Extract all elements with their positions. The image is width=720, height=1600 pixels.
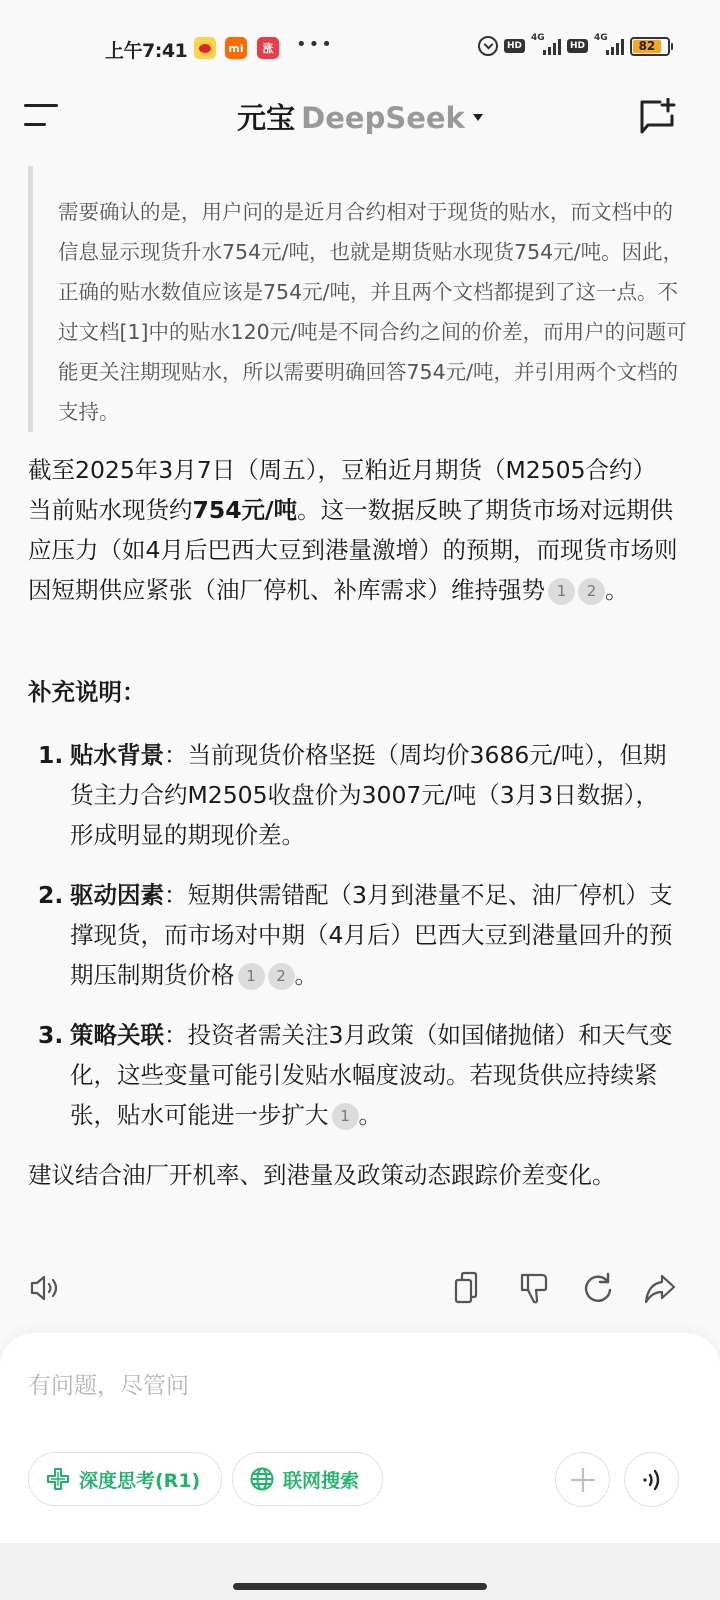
- globe-icon: [249, 1466, 275, 1492]
- citation-2[interactable]: 2: [578, 578, 605, 605]
- attach-button[interactable]: [555, 1452, 610, 1507]
- voice-wave-icon: [638, 1466, 666, 1494]
- hd-icon-2: HD: [567, 39, 588, 53]
- new-chat-icon[interactable]: [638, 98, 678, 134]
- more-notifications-icon: •••: [296, 34, 334, 55]
- copy-icon[interactable]: [452, 1270, 488, 1306]
- message-input[interactable]: [28, 1369, 628, 1403]
- supplement-heading: 补充说明：: [28, 672, 678, 712]
- model-selector[interactable]: 元宝DeepSeek: [0, 96, 720, 137]
- thumbs-down-icon[interactable]: [516, 1270, 552, 1306]
- speaker-icon[interactable]: [28, 1270, 64, 1306]
- weibo-icon: [194, 37, 216, 59]
- deep-think-label: 深度思考(R1): [79, 1466, 200, 1493]
- plus-icon: [569, 1466, 597, 1494]
- share-icon[interactable]: [642, 1270, 678, 1306]
- citation-2[interactable]: 2: [268, 963, 295, 990]
- caret-down-icon: [473, 114, 483, 121]
- thinking-block: 需要确认的是，用户问的是近月合约相对于现货的贴水，而文档中的信息显示现货升水75…: [28, 166, 688, 432]
- home-indicator[interactable]: [233, 1583, 487, 1590]
- model-name: DeepSeek: [301, 101, 465, 135]
- final-paragraph: 建议结合油厂开机率、到港量及政策动态跟踪价差变化。: [28, 1155, 678, 1195]
- system-nav-bar: [0, 1543, 720, 1600]
- battery-icon: 82: [630, 37, 670, 56]
- web-search-label: 联网搜索: [283, 1466, 359, 1493]
- list-item: 3. 策略关联：投资者需关注3月政策（如国储抛储）和天气变化，这些变量可能引发贴…: [38, 1015, 678, 1135]
- hd-icon: HD: [504, 39, 525, 53]
- signal-icon-2: 4G: [594, 37, 624, 55]
- web-search-toggle[interactable]: 联网搜索: [232, 1452, 383, 1506]
- deep-think-icon: [45, 1466, 71, 1492]
- citation-1[interactable]: 1: [332, 1103, 359, 1130]
- answer-paragraph: 截至2025年3月7日（周五），豆粕近月期货（M2505合约）当前贴水现货约75…: [28, 450, 678, 610]
- composer: 深度思考(R1) 联网搜索: [0, 1333, 720, 1543]
- alarm-icon: [478, 36, 498, 56]
- deep-think-toggle[interactable]: 深度思考(R1): [28, 1452, 222, 1506]
- list-item: 2. 驱动因素：短期供需错配（3月到港量不足、油厂停机）支撑现货，而市场对中期（…: [38, 875, 678, 995]
- message-actions: [0, 1270, 720, 1310]
- regenerate-icon[interactable]: [580, 1270, 616, 1306]
- status-bar: 上午7:41 mi 涨 ••• HD 4G HD 4G 82: [0, 0, 720, 80]
- zhang-app-icon: 涨: [257, 37, 279, 59]
- app-title: 元宝: [237, 101, 295, 135]
- citation-1[interactable]: 1: [238, 963, 265, 990]
- signal-icon: 4G: [531, 37, 561, 55]
- citation-1[interactable]: 1: [548, 578, 575, 605]
- voice-button[interactable]: [624, 1452, 679, 1507]
- list-item: 1. 贴水背景：当前现货价格坚挺（周均价3686元/吨），但期货主力合约M250…: [38, 735, 678, 855]
- xiaomi-icon: mi: [225, 37, 247, 59]
- clock: 上午7:41: [105, 36, 187, 63]
